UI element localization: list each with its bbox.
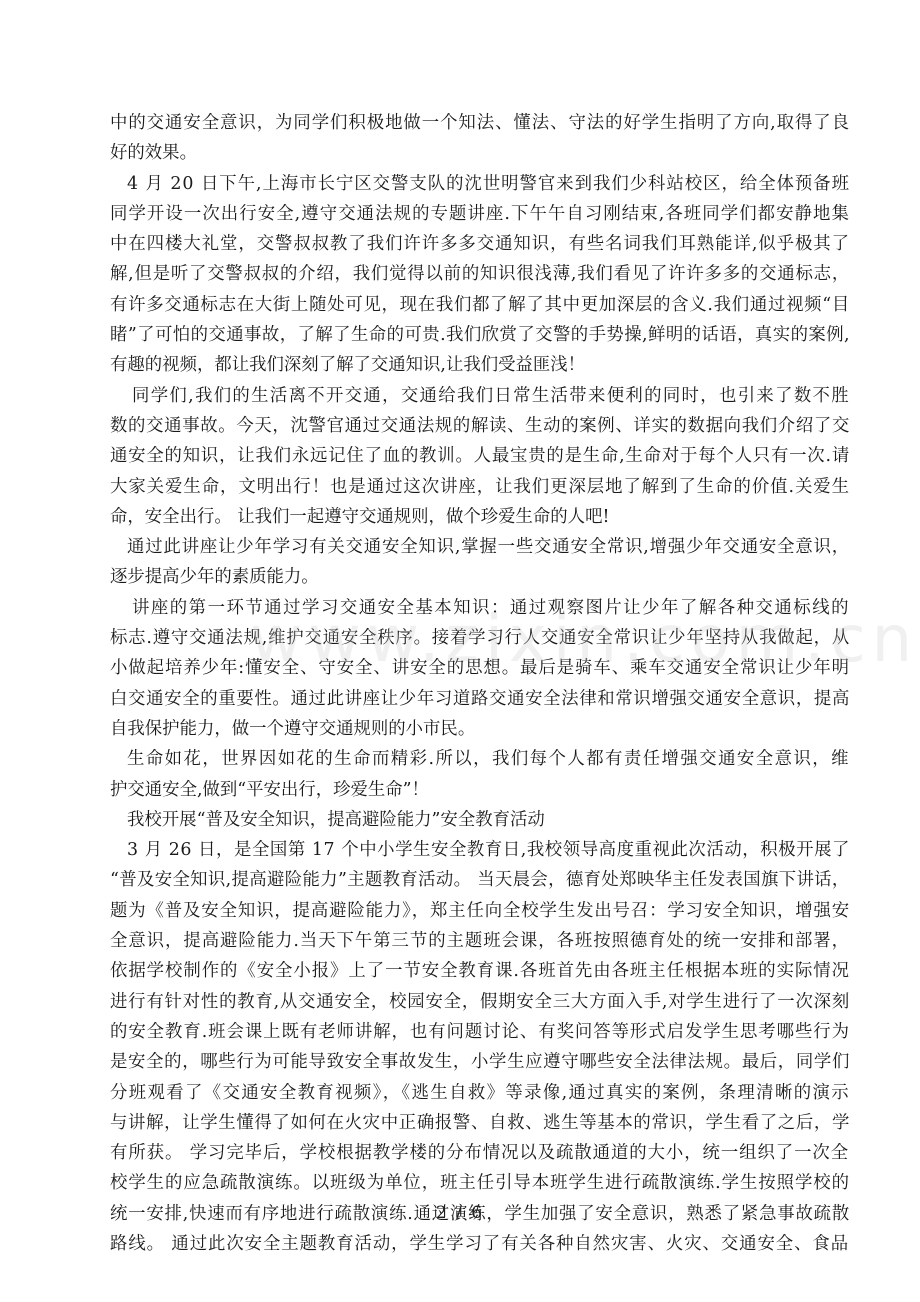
text-line: 睹”了可怕的交通事故，了解了生命的可贵.我们欣赏了交警的手势操,鲜明的话语，真实… [110,320,850,350]
text-line: 题为《普及安全知识，提高避险能力》，郑主任向全校学生发出号召：学习安全知识，增强… [110,896,850,926]
text-line: 逐步提高少年的素质能力。 [110,562,850,592]
text-line: 中在四楼大礼堂，交警叔叔教了我们许许多多交通知识，有些名词我们耳熟能详,似乎极其… [110,229,850,259]
text-line: 有趣的视频，都让我们深刻了解了交通知识,让我们受益匪浅！ [110,350,850,380]
text-line: 全意识，提高避险能力.当天下午第三节的主题班会课，各班按照德育处的统一安排和部署… [110,926,850,956]
text-line: 白交通安全的重要性。通过此讲座让少年习道路交通安全法律和常识增强交通安全意识，提… [110,684,850,714]
text-line: 有所获。 学习完毕后，学校根据教学楼的分布情况以及疏散通道的大小，统一组织了一次… [110,1138,850,1168]
text-line: 自我保护能力，做一个遵守交通规则的小市民。 [110,714,850,744]
text-line: 命，安全出行。 让我们一起遵守交通规则，做个珍爱生命的人吧! [110,502,850,532]
text-line: 与讲解，让学生懂得了如何在火灾中正确报警、自救、逃生等基本的常识，学生看了之后，… [110,1108,850,1138]
text-line: 依据学校制作的《安全小报》上了一节安全教育课.各班首先由各班主任根据本班的实际情… [110,956,850,986]
text-line: 同学们,我们的生活离不开交通，交通给我们日常生活带来便利的同时，也引来了数不胜 [110,381,850,411]
text-line: 讲座的第一环节通过学习交通安全基本知识：通过观察图片让少年了解各种交通标线的 [110,593,850,623]
text-line: 数的交通事故。今天，沈警官通过交通法规的解读、生动的案例、详实的数据向我们介绍了… [110,411,850,441]
text-line: 4 月 20 日下午,上海市长宁区交警支队的沈世明警官来到我们少科站校区，给全体… [110,169,850,199]
text-line: 校学生的应急疏散演练。以班级为单位，班主任引导本班学生进行疏散演练.学生按照学校… [110,1168,850,1198]
text-line: 护交通安全,做到“平安出行，珍爱生命”！ [110,775,850,805]
text-line: 有许多交通标志在大街上随处可见，现在我们都了解了其中更加深层的含义.我们通过视频… [110,290,850,320]
page-number: 2 / 6 [0,1203,920,1223]
text-line: 中的交通安全意识，为同学们积极地做一个知法、懂法、守法的好学生指明了方向,取得了… [110,108,850,138]
text-line: 解,但是听了交警叔叔的介绍，我们觉得以前的知识很浅薄,我们看见了许许多多的交通标… [110,259,850,289]
text-line: 生命如花，世界因如花的生命而精彩.所以，我们每个人都有责任增强交通安全意识，维 [110,744,850,774]
text-line: 分班观看了《交通安全教育视频》，《逃生自救》等录像,通过真实的案例，条理清晰的演… [110,1078,850,1108]
text-line: 进行有针对性的教育,从交通安全，校园安全，假期安全三大方面入手,对学生进行了一次… [110,987,850,1017]
text-line: 路线。 通过此次安全主题教育活动，学生学习了有关各种自然灾害、火灾、交通安全、食… [110,1229,850,1259]
text-line: 好的效果。 [110,138,850,168]
text-line: 小做起培养少年:懂安全、守安全、讲安全的思想。最后是骑车、乘车交通安全常识让少年… [110,653,850,683]
text-line: 我校开展“普及安全知识，提高避险能力”安全教育活动 [110,805,850,835]
text-line: 通过此讲座让少年学习有关交通安全知识,掌握一些交通安全常识,增强少年交通安全意识… [110,532,850,562]
text-line: “普及安全知识,提高避险能力”主题教育活动。 当天晨会，德育处郑映华主任发表国旗… [110,865,850,895]
text-line: 3 月 26 日，是全国第 17 个中小学生安全教育日,我校领导高度重视此次活动… [110,835,850,865]
text-line: 的安全教育.班会课上既有老师讲解，也有问题讨论、有奖问答等形式启发学生思考哪些行… [110,1017,850,1047]
text-line: 同学开设一次出行安全,遵守交通法规的专题讲座.下午午自习刚结束,各班同学们都安静… [110,199,850,229]
text-line: 大家关爱生命，文明出行！也是通过这次讲座，让我们更深层地了解到了生命的价值.关爱… [110,472,850,502]
text-line: 标志.遵守交通法规,维护交通安全秩序。接着学习行人交通安全常识让少年坚持从我做起… [110,623,850,653]
text-line: 是安全的，哪些行为可能导致安全事故发生，小学生应遵守哪些安全法律法规。最后，同学… [110,1047,850,1077]
document-body: 中的交通安全意识，为同学们积极地做一个知法、懂法、守法的好学生指明了方向,取得了… [110,108,850,1259]
text-line: 通安全的知识，让我们永远记住了血的教训。人最宝贵的是生命,生命对于每个人只有一次… [110,441,850,471]
